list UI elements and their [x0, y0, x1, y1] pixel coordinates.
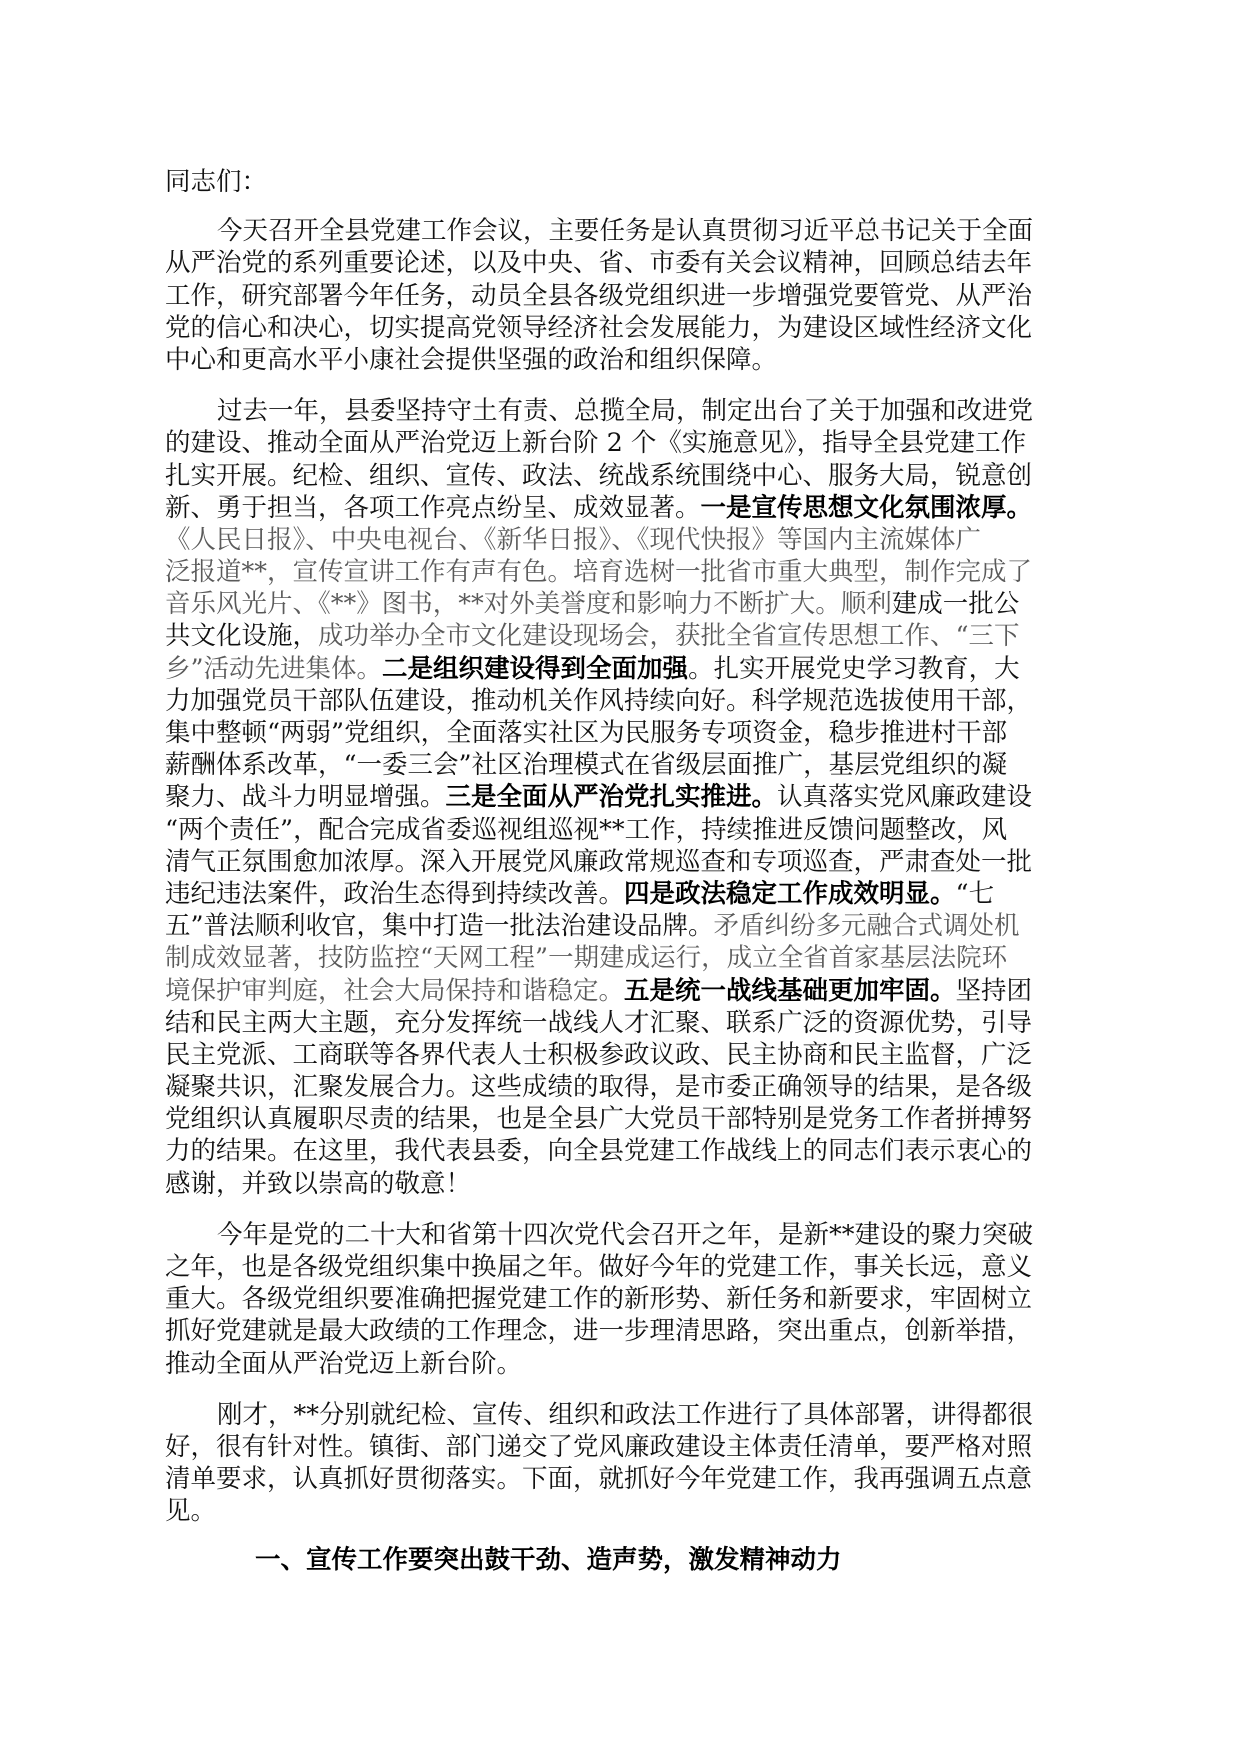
text-line: 党的信心和决心，切实提高党领导经济社会发展能力，为建设区域性经济文化	[165, 312, 1065, 344]
body-text: 力的结果。在这里，我代表县委，向全县党建工作战线上的同志们表示衷心的	[165, 1136, 1032, 1166]
salutation: 同志们：	[165, 166, 1065, 198]
bold-highlight-text: 五是统一战线基础更加牢固。	[624, 976, 956, 1006]
body-text: 制成效显著，技防监控“天网工程”一期建成运行，成立全省首家基层法院环	[165, 943, 1007, 973]
text-line: 集中整顿“两弱”党组织，全面落实社区为民服务专项资金，稳步推进村干部	[165, 717, 1065, 749]
body-text: 推动全面从严治党迈上新台阶。	[165, 1349, 522, 1379]
body-text: 凝聚共识，汇聚发展合力。这些成绩的取得，是市委正确领导的结果，是各级	[165, 1072, 1032, 1102]
text-line: 乡”活动先进集体。二是组织建设得到全面加强。扎实开展党史学习教育，大	[165, 653, 1065, 685]
paragraph-p3: 今年是党的二十大和省第十四次党代会召开之年，是新**建设的聚力突破之年，也是各级…	[165, 1219, 1065, 1380]
body-text: 薪酬体系改革，“一委三会”社区治理模式在省级层面推广，基层党组织的凝	[165, 750, 1007, 780]
body-text: 建成一批公	[892, 589, 1020, 619]
body-text: 刚才，**分别就纪检、宣传、组织和政法工作进行了具体部署，讲得都很	[217, 1400, 1033, 1430]
body-text: 从严治党的系列重要论述，以及中央、省、市委有关会议精神，回顾总结去年	[165, 248, 1032, 278]
body-text: 乡”活动先进集体。	[165, 654, 382, 684]
text-line: 制成效显著，技防监控“天网工程”一期建成运行，成立全省首家基层法院环	[165, 942, 1065, 974]
text-line: 推动全面从严治党迈上新台阶。	[165, 1348, 1065, 1380]
text-line: 中心和更高水平小康社会提供坚强的政治和组织保障。	[165, 344, 1065, 376]
body-text: 之年，也是各级党组织集中换届之年。做好今年的党建工作，事关长远，意义	[165, 1252, 1032, 1282]
body-text: 泛报道**，宣传宣讲工作有声有色。培育选树一批省市重大典型，制作完成了	[165, 557, 1032, 587]
text-line: 结和民主两大主题，充分发挥统一战线人才汇聚、联系广泛的资源优势，引导	[165, 1007, 1065, 1039]
document-page: 同志们： 今天召开全县党建工作会议，主要任务是认真贯彻习近平总书记关于全面从严治…	[165, 166, 1065, 1547]
text-line: 工作，研究部署今年任务，动员全县各级党组织进一步增强党要管党、从严治	[165, 280, 1065, 312]
body-text: 清气正氛围愈加浓厚。深入开展党风廉政常规巡查和专项巡查，严肃查处一批	[165, 847, 1032, 877]
bold-highlight-text: 三是全面从严治党扎实推进。	[446, 782, 778, 812]
paragraph-p2: 过去一年，县委坚持守土有责、总揽全局，制定出台了关于加强和改进党的建设、推动全面…	[165, 395, 1065, 1200]
body-text: 中心和更高水平小康社会提供坚强的政治和组织保障。	[165, 345, 777, 375]
body-text: 坚持团	[956, 976, 1033, 1006]
text-line: 刚才，**分别就纪检、宣传、组织和政法工作进行了具体部署，讲得都很	[165, 1399, 1065, 1431]
text-line: 过去一年，县委坚持守土有责、总揽全局，制定出台了关于加强和改进党	[165, 395, 1065, 427]
paragraph-p1: 今天召开全县党建工作会议，主要任务是认真贯彻习近平总书记关于全面从严治党的系列重…	[165, 215, 1065, 376]
paragraph-p4: 刚才，**分别就纪检、宣传、组织和政法工作进行了具体部署，讲得都很好，很有针对性…	[165, 1399, 1065, 1528]
text-line: 共文化设施，成功举办全市文化建设现场会，获批全省宣传思想工作、“三下	[165, 620, 1065, 652]
body-text: 共文化设施，	[165, 621, 318, 651]
body-text: 清单要求，认真抓好贯彻落实。下面，就抓好今年党建工作，我再强调五点意	[165, 1464, 1032, 1494]
body-text: 见。	[165, 1496, 216, 1526]
text-line: “两个责任”，配合完成省委巡视组巡视**工作，持续推进反馈问题整改，风	[165, 814, 1065, 846]
text-line: 的建设、推动全面从严治党迈上新台阶 2 个《实施意见》，指导全县党建工作	[165, 427, 1065, 459]
bold-highlight-text: 一是宣传思想文化氛围浓厚。	[701, 493, 1033, 523]
text-line: 五”普法顺利收官，集中打造一批法治建设品牌。矛盾纠纷多元融合式调处机	[165, 910, 1065, 942]
text-line: 音乐风光片、《**》图书，**对外美誉度和影响力不断扩大。顺利建成一批公	[165, 588, 1065, 620]
body-text: 重大。各级党组织要准确把握党建工作的新形势、新任务和新要求，牢固树立	[165, 1284, 1032, 1314]
body-text: 今年是党的二十大和省第十四次党代会召开之年，是新**建设的聚力突破	[217, 1220, 1033, 1250]
text-line: 从严治党的系列重要论述，以及中央、省、市委有关会议精神，回顾总结去年	[165, 247, 1065, 279]
text-line: 清气正氛围愈加浓厚。深入开展党风廉政常规巡查和专项巡查，严肃查处一批	[165, 846, 1065, 878]
body-text: 矛盾纠纷多元融合式调处机	[714, 911, 1020, 941]
body-text: 结和民主两大主题，充分发挥统一战线人才汇聚、联系广泛的资源优势，引导	[165, 1008, 1032, 1038]
body-text: 工作，研究部署今年任务，动员全县各级党组织进一步增强党要管党、从严治	[165, 281, 1032, 311]
text-line: 今年是党的二十大和省第十四次党代会召开之年，是新**建设的聚力突破	[165, 1219, 1065, 1251]
body-text: 的建设、推动全面从严治党迈上新台阶 2 个《实施意见》，指导全县党建工作	[165, 428, 1026, 458]
text-line: 力加强党员干部队伍建设，推动机关作风持续向好。科学规范选拔使用干部，	[165, 685, 1065, 717]
body-text: 力加强党员干部队伍建设，推动机关作风持续向好。科学规范选拔使用干部，	[165, 686, 1032, 716]
body-text: 扎实开展。纪检、组织、宣传、政法、统战系统围绕中心、服务大局，锐意创	[165, 461, 1032, 491]
text-line: 力的结果。在这里，我代表县委，向全县党建工作战线上的同志们表示衷心的	[165, 1135, 1065, 1167]
text-line: 感谢，并致以崇高的敬意！	[165, 1168, 1065, 1200]
body-text: 今天召开全县党建工作会议，主要任务是认真贯彻习近平总书记关于全面	[217, 216, 1033, 246]
text-line: 今天召开全县党建工作会议，主要任务是认真贯彻习近平总书记关于全面	[165, 215, 1065, 247]
body-text: 五”普法顺利收官，集中打造一批法治建设品牌。	[165, 911, 714, 941]
body-text: “两个责任”，配合完成省委巡视组巡视**工作，持续推进反馈问题整改，风	[165, 815, 1007, 845]
bold-highlight-text: 四是政法稳定工作成效明显。	[624, 879, 956, 909]
body-text: 《人民日报》、中央电视台、《新华日报》、《现代快报》等国内主流媒体广	[165, 525, 981, 555]
body-text: 感谢，并致以崇高的敬意！	[165, 1169, 471, 1199]
text-line: 聚力、战斗力明显增强。三是全面从严治党扎实推进。认真落实党风廉政建设	[165, 781, 1065, 813]
text-line: 党组织认真履职尽责的结果，也是全县广大党员干部特别是党务工作者拼搏努	[165, 1103, 1065, 1135]
body-text: 境保护审判庭，社会大局保持和谐稳定。	[165, 976, 624, 1006]
body-text: 认真落实党风廉政建设	[777, 782, 1032, 812]
text-line: 扎实开展。纪检、组织、宣传、政法、统战系统围绕中心、服务大局，锐意创	[165, 460, 1065, 492]
body-text: 党组织认真履职尽责的结果，也是全县广大党员干部特别是党务工作者拼搏努	[165, 1104, 1032, 1134]
body-text: 抓好党建就是最大政绩的工作理念，进一步理清思路，突出重点，创新举措，	[165, 1316, 1032, 1346]
text-line: 境保护审判庭，社会大局保持和谐稳定。五是统一战线基础更加牢固。坚持团	[165, 975, 1065, 1007]
text-line: 泛报道**，宣传宣讲工作有声有色。培育选树一批省市重大典型，制作完成了	[165, 556, 1065, 588]
body-text: “七	[956, 879, 995, 909]
text-line: 《人民日报》、中央电视台、《新华日报》、《现代快报》等国内主流媒体广	[165, 524, 1065, 556]
text-line: 薪酬体系改革，“一委三会”社区治理模式在省级层面推广，基层党组织的凝	[165, 749, 1065, 781]
text-line: 新、勇于担当，各项工作亮点纷呈、成效显著。一是宣传思想文化氛围浓厚。	[165, 492, 1065, 524]
text-line: 见。	[165, 1495, 1065, 1527]
body-text: 民主党派、工商联等各界代表人士积极参政议政、民主协商和民主监督，广泛	[165, 1040, 1032, 1070]
text-line: 抓好党建就是最大政绩的工作理念，进一步理清思路，突出重点，创新举措，	[165, 1315, 1065, 1347]
text-line: 好，很有针对性。镇街、部门递交了党风廉政建设主体责任清单，要严格对照	[165, 1431, 1065, 1463]
text-line: 重大。各级党组织要准确把握党建工作的新形势、新任务和新要求，牢固树立	[165, 1283, 1065, 1315]
body-text: 党的信心和决心，切实提高党领导经济社会发展能力，为建设区域性经济文化	[165, 313, 1032, 343]
body-text: 过去一年，县委坚持守土有责、总揽全局，制定出台了关于加强和改进党	[217, 396, 1033, 426]
bold-highlight-text: 二是组织建设得到全面加强	[382, 654, 688, 684]
body-text: 聚力、战斗力明显增强。	[165, 782, 446, 812]
text-line: 凝聚共识，汇聚发展合力。这些成绩的取得，是市委正确领导的结果，是各级	[165, 1071, 1065, 1103]
body-text: 集中整顿“两弱”党组织，全面落实社区为民服务专项资金，稳步推进村干部	[165, 718, 1007, 748]
body-text: 违纪违法案件，政治生态得到持续改善。	[165, 879, 624, 909]
body-text: 新、勇于担当，各项工作亮点纷呈、成效显著。	[165, 493, 701, 523]
text-line: 之年，也是各级党组织集中换届之年。做好今年的党建工作，事关长远，意义	[165, 1251, 1065, 1283]
paragraphs-container: 今天召开全县党建工作会议，主要任务是认真贯彻习近平总书记关于全面从严治党的系列重…	[165, 215, 1065, 1527]
body-text: 好，很有针对性。镇街、部门递交了党风廉政建设主体责任清单，要严格对照	[165, 1432, 1032, 1462]
body-text: 成功举办全市文化建设现场会，获批全省宣传思想工作、“三下	[318, 621, 1020, 651]
section-heading: 一、宣传工作要突出鼓干劲、造声势，激发精神动力	[255, 1544, 842, 1576]
body-text: 。扎实开展党史学习教育，大	[688, 654, 1020, 684]
body-text: 音乐风光片、《**》图书，**对外美誉度和影响力不断扩大。顺利	[165, 589, 892, 619]
text-line: 清单要求，认真抓好贯彻落实。下面，就抓好今年党建工作，我再强调五点意	[165, 1463, 1065, 1495]
text-line: 民主党派、工商联等各界代表人士积极参政议政、民主协商和民主监督，广泛	[165, 1039, 1065, 1071]
text-line: 违纪违法案件，政治生态得到持续改善。四是政法稳定工作成效明显。“七	[165, 878, 1065, 910]
